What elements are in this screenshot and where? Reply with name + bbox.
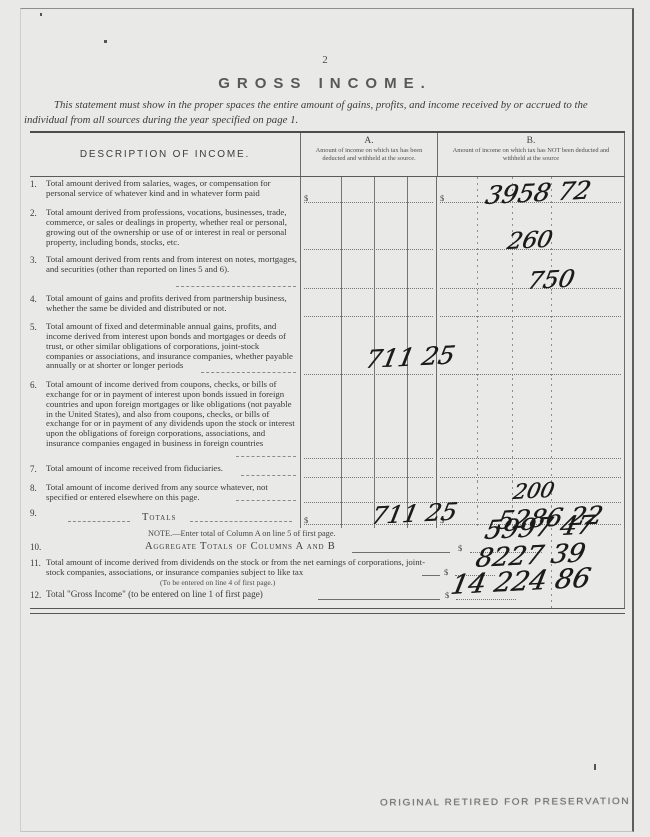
row-number: 12. bbox=[30, 590, 41, 600]
handwritten-value: 200 bbox=[511, 478, 556, 504]
handwritten-value: 711 25 bbox=[369, 498, 459, 530]
leader-line bbox=[241, 475, 296, 476]
row-description: 4. Total amount of gains and profits der… bbox=[30, 292, 300, 320]
amount-cell-a bbox=[300, 462, 437, 481]
dotted-line bbox=[304, 374, 433, 375]
row-text: Total amount of income derived from any … bbox=[46, 482, 268, 502]
row-description: 5. Total amount of fixed and determinabl… bbox=[30, 320, 300, 378]
table-row-4: 4. Total amount of gains and profits der… bbox=[30, 292, 625, 320]
column-a-header: A. Amount of income on which tax has bee… bbox=[300, 133, 437, 176]
scan-speckle bbox=[594, 764, 596, 770]
totals-label: Totals bbox=[142, 512, 176, 524]
leader-line bbox=[318, 599, 440, 600]
subnote-text: (To be entered on line 4 of first page.) bbox=[160, 578, 275, 587]
table-row-2: 2. Total amount derived from professions… bbox=[30, 206, 625, 253]
leader-line bbox=[236, 456, 296, 457]
row-number: 4. bbox=[30, 294, 37, 304]
amount-cell-a: $ 711 25 bbox=[300, 506, 437, 528]
leader-line bbox=[176, 286, 296, 287]
row-number: 9. bbox=[30, 508, 37, 518]
column-b-label: Amount of income on which tax has NOT be… bbox=[438, 146, 624, 164]
column-b-header: B. Amount of income on which tax has NOT… bbox=[437, 133, 625, 176]
amount-cell-a: $ bbox=[300, 177, 437, 206]
handwritten-value: 3958 72 bbox=[483, 176, 593, 210]
amount-cell-b: 260 bbox=[437, 206, 625, 253]
preservation-stamp: ORIGINAL RETIRED FOR PRESERVATION bbox=[380, 797, 615, 809]
leader-line bbox=[422, 575, 440, 576]
row-number: 3. bbox=[30, 255, 37, 265]
dotted-line bbox=[304, 249, 433, 250]
row-number: 6. bbox=[30, 380, 37, 390]
row-description: 9. Totals bbox=[30, 506, 300, 528]
aggregate-label: Aggregate Totals of Columns A and B bbox=[145, 541, 336, 552]
leader-line bbox=[352, 552, 450, 553]
dotted-line bbox=[440, 458, 621, 459]
row-text: Total "Gross Income" (to be entered on l… bbox=[46, 589, 263, 600]
handwritten-value: 14 224 86 bbox=[448, 563, 593, 601]
row-number: 11. bbox=[30, 558, 41, 568]
table-row-6: 6. Total amount of income derived from c… bbox=[30, 378, 625, 462]
handwritten-value: 260 bbox=[505, 227, 555, 255]
leader-line bbox=[68, 521, 130, 522]
amount-cell-b: 750 bbox=[437, 253, 625, 292]
scan-speckle bbox=[104, 40, 107, 43]
amount-cell-b bbox=[437, 292, 625, 320]
dotted-line bbox=[304, 288, 433, 289]
row-number: 7. bbox=[30, 464, 37, 474]
row-text: Total amount of income received from fid… bbox=[46, 463, 223, 473]
column-b-letter: B. bbox=[438, 136, 624, 146]
amount-cell-a bbox=[300, 292, 437, 320]
dotted-line bbox=[304, 477, 433, 478]
row-text: Total amount of gains and profits derive… bbox=[46, 293, 287, 313]
instructions-text: This statement must show in the proper s… bbox=[24, 98, 625, 127]
gross-income-table: DESCRIPTION OF INCOME. A. Amount of inco… bbox=[30, 131, 625, 614]
row-text: Total amount of income derived from coup… bbox=[46, 379, 295, 448]
row-number: 2. bbox=[30, 208, 37, 218]
amount-cell-a: 711 25 bbox=[300, 320, 437, 378]
bottom-double-rule bbox=[30, 608, 625, 614]
leader-line bbox=[190, 521, 292, 522]
dotted-line bbox=[304, 202, 433, 203]
row-description: 2. Total amount derived from professions… bbox=[30, 206, 300, 253]
row-description: 7. Total amount of income received from … bbox=[30, 462, 300, 481]
row-description: 1. Total amount derived from salaries, w… bbox=[30, 177, 300, 206]
amount-cell-a bbox=[300, 378, 437, 462]
handwritten-value: 711 25 bbox=[363, 340, 457, 374]
row-text: Total amount derived from professions, v… bbox=[46, 207, 287, 247]
scan-speckle bbox=[40, 13, 42, 16]
leader-line bbox=[236, 500, 296, 501]
row-number: 10. bbox=[30, 542, 41, 552]
handwritten-value: 750 bbox=[525, 265, 577, 295]
amount-cell-b bbox=[437, 462, 625, 481]
amount-cell-b bbox=[437, 378, 625, 462]
table-row-3: 3. Total amount derived from rents and f… bbox=[30, 253, 625, 292]
row-text: Total amount derived from salaries, wage… bbox=[46, 178, 271, 198]
page-title: GROSS INCOME. bbox=[0, 75, 650, 92]
page-number: 2 bbox=[0, 54, 650, 66]
dotted-line bbox=[440, 477, 621, 478]
table-row-8: 8. Total amount of income derived from a… bbox=[30, 481, 625, 506]
column-a-label: Amount of income on which tax has been d… bbox=[301, 146, 437, 164]
dollar-sign: $ bbox=[458, 543, 462, 553]
table-header: DESCRIPTION OF INCOME. A. Amount of inco… bbox=[30, 131, 625, 177]
note-text: NOTE.—Enter total of Column A on line 5 … bbox=[148, 529, 336, 538]
amount-cell-b: $ 3958 72 bbox=[437, 177, 625, 206]
row-text: Total amount of fixed and determinable a… bbox=[46, 321, 293, 370]
dotted-line bbox=[440, 316, 621, 317]
amount-cell-a bbox=[300, 206, 437, 253]
row-description: 6. Total amount of income derived from c… bbox=[30, 378, 300, 462]
row-text: Total amount derived from rents and from… bbox=[46, 254, 297, 274]
table-bottom-section: NOTE.—Enter total of Column A on line 5 … bbox=[30, 528, 625, 608]
leader-line bbox=[201, 372, 296, 373]
amount-cell-a bbox=[300, 253, 437, 292]
row-text: Total amount of income derived from divi… bbox=[46, 557, 438, 578]
table-row-5: 5. Total amount of fixed and determinabl… bbox=[30, 320, 625, 378]
column-a-letter: A. bbox=[301, 136, 437, 146]
row-number: 8. bbox=[30, 483, 37, 493]
row-number: 5. bbox=[30, 322, 37, 332]
row-description: 3. Total amount derived from rents and f… bbox=[30, 253, 300, 292]
description-column-header: DESCRIPTION OF INCOME. bbox=[30, 133, 300, 176]
dotted-line bbox=[304, 316, 433, 317]
row-description: 8. Total amount of income derived from a… bbox=[30, 481, 300, 506]
amount-cell-b bbox=[437, 320, 625, 378]
table-row-1: 1. Total amount derived from salaries, w… bbox=[30, 177, 625, 206]
dollar-sign: $ bbox=[444, 567, 448, 577]
dotted-line bbox=[304, 458, 433, 459]
dotted-line bbox=[440, 374, 621, 375]
row-number: 1. bbox=[30, 179, 37, 189]
